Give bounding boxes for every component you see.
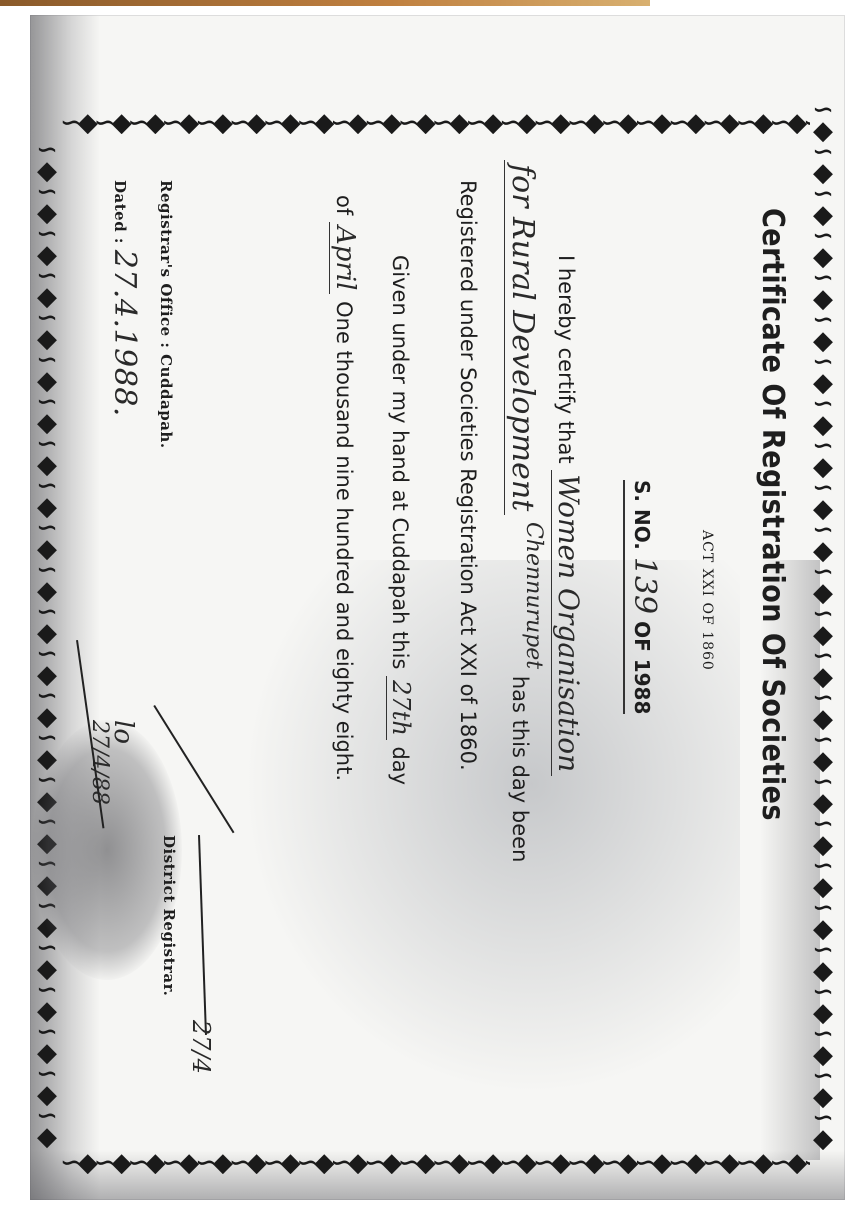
seal-initial: lo	[108, 720, 138, 744]
given-prefix: Given under my hand at Cuddapah this	[388, 255, 412, 669]
certify-suffix: has this day been	[508, 676, 532, 863]
signatory-title: District Registrar.	[160, 835, 178, 996]
ornamental-border-right: ∽◆∽◆∽◆∽◆∽◆∽◆∽◆∽◆∽◆∽◆∽◆∽◆∽◆∽◆∽◆∽◆∽◆∽◆∽◆∽◆…	[812, 100, 834, 1150]
certificate-title: Certificate Of Registration Of Societies	[755, 208, 790, 821]
registrar-office: Registrar's Office : Cuddapah.	[157, 180, 175, 449]
given-month: April	[329, 222, 360, 294]
dated-line: Dated : 27.4.1988.	[107, 180, 142, 417]
photocopy-shadow-center	[220, 560, 740, 1120]
certify-prefix: I hereby certify that	[554, 255, 578, 464]
dated-value: 27.4.1988.	[107, 250, 142, 417]
ornamental-border-bottom: ∽◆∽◆∽◆∽◆∽◆∽◆∽◆∽◆∽◆∽◆∽◆∽◆∽◆∽◆∽◆∽◆∽◆∽◆∽◆∽◆…	[60, 1152, 810, 1174]
given-year-text: One thousand nine hundred and eighty eig…	[332, 301, 356, 781]
given-line: Given under my hand at Cuddapah this 27t…	[387, 255, 415, 785]
signature-date: 27/4	[187, 1020, 215, 1074]
society-name-line1: Women Organisation	[551, 470, 585, 776]
given-day-suffix: day	[388, 746, 412, 785]
society-name-line: for Rural Development Chennurupet has th…	[505, 160, 540, 862]
serial-label: S. NO.	[630, 480, 654, 550]
serial-number: S. NO. 139 OF 1988	[623, 480, 662, 714]
ornamental-border-top: ∽◆∽◆∽◆∽◆∽◆∽◆∽◆∽◆∽◆∽◆∽◆∽◆∽◆∽◆∽◆∽◆∽◆∽◆∽◆∽◆…	[60, 112, 810, 134]
ornamental-border-left: ∽◆∽◆∽◆∽◆∽◆∽◆∽◆∽◆∽◆∽◆∽◆∽◆∽◆∽◆∽◆∽◆∽◆∽◆∽◆∽◆…	[36, 140, 58, 1150]
certify-line: I hereby certify that Women Organisation	[552, 255, 585, 776]
photo-edge	[0, 0, 650, 6]
of-label: of	[332, 195, 356, 215]
given-day: 27th	[386, 676, 415, 740]
society-place: Chennurupet	[521, 522, 546, 669]
act-line: ACT XXI OF 1860	[699, 530, 715, 671]
serial-year: 1988	[630, 659, 654, 715]
serial-number-value: 139	[627, 557, 662, 614]
serial-of-label: OF	[630, 621, 654, 652]
dated-label: Dated :	[111, 180, 129, 244]
month-year-line: of April One thousand nine hundred and e…	[330, 195, 360, 781]
society-name-line2: for Rural Development	[504, 160, 540, 515]
registered-line: Registered under Societies Registration …	[456, 180, 480, 771]
